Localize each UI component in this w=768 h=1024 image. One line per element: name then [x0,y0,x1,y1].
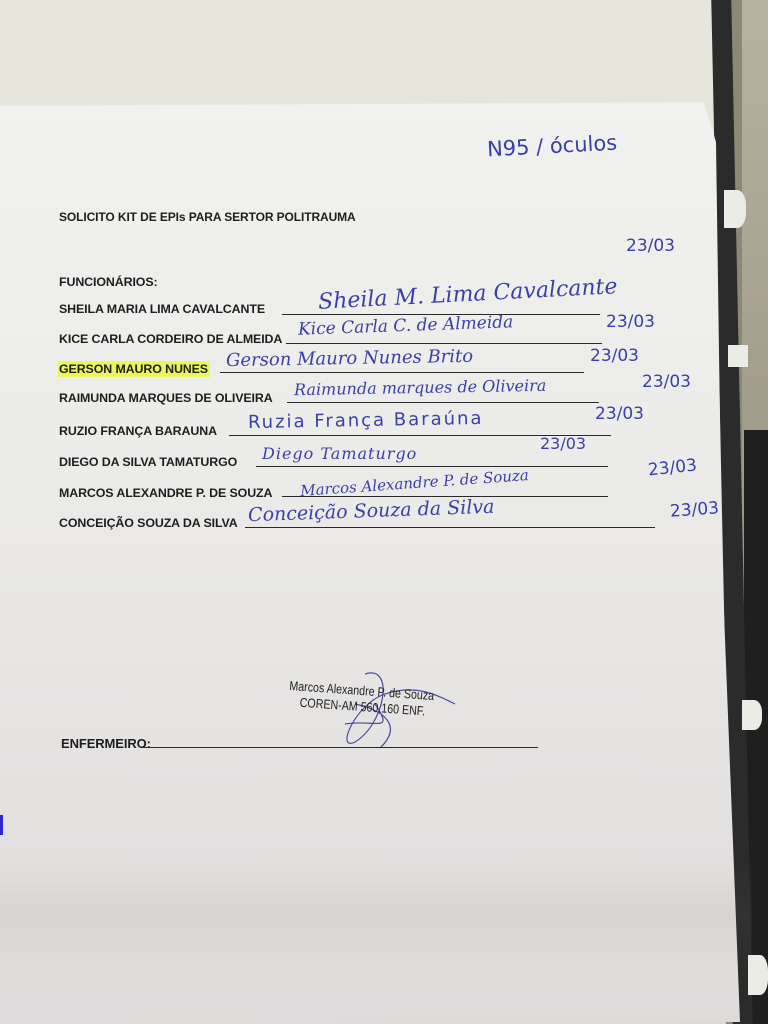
highlight-marker: GERSON MAURO NUNES [58,361,210,377]
signature-line [287,402,599,403]
employee-name: RUZIO FRANÇA BARAUNA [59,424,217,438]
form-title: SOLICITO KIT DE EPIs PARA SERTOR POLITRA… [59,210,356,224]
employee-name: KICE CARLA CORDEIRO DE ALMEIDA [59,332,282,346]
employees-label: FUNCIONÁRIOS: [59,275,158,289]
employee-signature: Diego Tamaturgo [262,444,417,463]
nurse-signature-line [141,747,538,748]
signature-line [286,343,602,344]
signature-date: 23/03 [669,498,719,521]
employee-signature: Ruzia França Baraúna [248,408,484,433]
employee-name-highlighted: GERSON MAURO NUNES [59,362,210,376]
binder-clip [724,190,746,228]
signature-date: 23/03 [540,434,586,453]
employee-name: SHEILA MARIA LIMA CAVALCANTE [59,302,265,316]
paper-fold-shadow [0,860,752,970]
signature-date: 23/03 [590,346,639,366]
signature-line [245,527,655,528]
ink-mark [0,815,3,835]
signature-line [256,466,608,467]
employee-signature: Gerson Mauro Nunes Brito [226,346,473,371]
signature-date: 23/03 [642,372,691,392]
photo-scene: N95 / óculos SOLICITO KIT DE EPIs PARA S… [0,0,768,1024]
employee-name: CONCEIÇÃO SOUZA DA SILVA [59,516,238,530]
nurse-label: ENFERMEIRO: [61,736,151,751]
signature-date: 23/03 [606,312,655,332]
signature-date: 23/03 [595,404,644,424]
binder-clip [728,345,748,367]
employee-name: MARCOS ALEXANDRE P. DE SOUZA [59,486,272,500]
employee-name: DIEGO DA SILVA TAMATURGO [59,455,237,469]
binder-clip [742,700,762,730]
employee-name: RAIMUNDA MARQUES DE OLIVEIRA [59,391,273,405]
signature-line [220,372,584,373]
signature-date: 23/03 [626,236,675,256]
